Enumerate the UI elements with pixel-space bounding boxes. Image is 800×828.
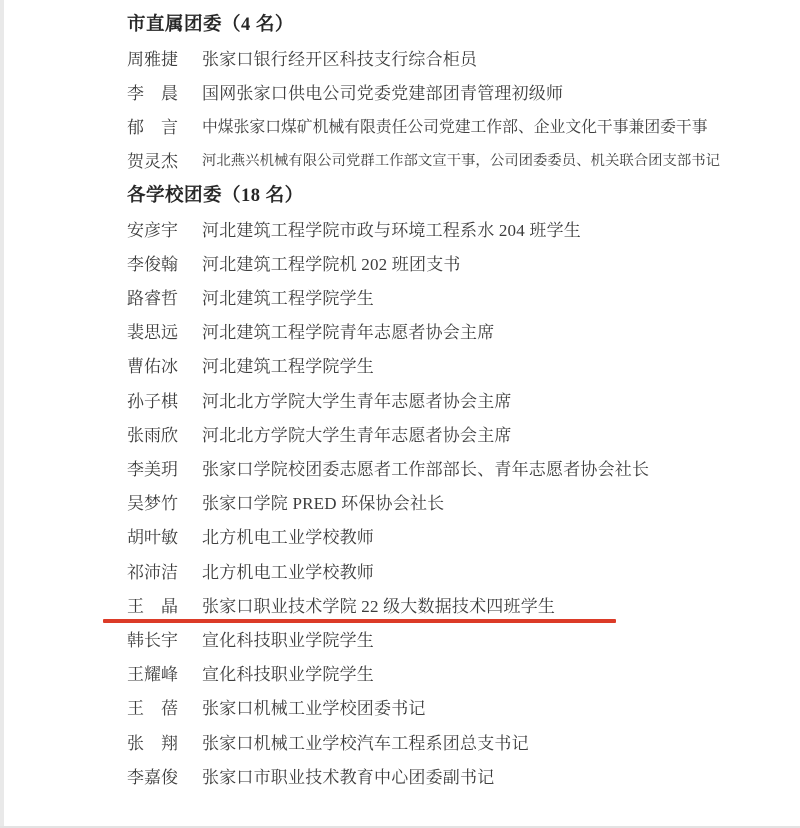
entry-name: 王耀峰 — [127, 660, 180, 685]
entry-role: 河北北方学院大学生青年志愿者协会主席 — [202, 387, 512, 412]
entry-role: 河北建筑工程学院青年志愿者协会主席 — [202, 318, 494, 343]
entry-role: 河北燕兴机械有限公司党群工作部文宣干事，公司团委委员、机关联合团支部书记 — [202, 149, 720, 170]
entry-name: 李嘉俊 — [127, 763, 180, 788]
entry-row: 张 翔 张家口机械工业学校汽车工程系团总支书记 — [127, 724, 800, 758]
entry-row: 祁沛洁 北方机电工业学校教师 — [127, 553, 800, 587]
entry-name: 安彦宇 — [127, 216, 180, 241]
entry-name: 贺灵杰 — [127, 147, 180, 172]
entry-name: 曹佑冰 — [127, 352, 180, 377]
entry-name: 祁沛洁 — [127, 558, 180, 583]
entry-role: 北方机电工业学校教师 — [202, 523, 374, 548]
document-body: 市直属团委（4 名） 周雅捷 张家口银行经开区科技支行综合柜员 李 晨 国网张家… — [127, 6, 800, 792]
entry-row: 吴梦竹 张家口学院 PRED 环保协会社长 — [127, 485, 800, 519]
entry-row: 贺灵杰 河北燕兴机械有限公司党群工作部文宣干事，公司团委委员、机关联合团支部书记 — [127, 143, 800, 177]
entry-name: 路睿哲 — [127, 284, 180, 309]
entry-role: 张家口职业技术学院 22 级大数据技术四班学生 — [202, 592, 555, 617]
entry-role: 张家口市职业技术教育中心团委副书记 — [202, 763, 494, 788]
entry-role: 河北建筑工程学院学生 — [202, 284, 374, 309]
entry-name: 王 晶 — [127, 592, 180, 617]
entry-role: 河北北方学院大学生青年志愿者协会主席 — [202, 421, 512, 446]
entry-name: 韩长宇 — [127, 626, 180, 651]
entry-row: 张雨欣 河北北方学院大学生青年志愿者协会主席 — [127, 416, 800, 450]
entry-row: 韩长宇 宣化科技职业学院学生 — [127, 621, 800, 655]
entry-row: 胡叶敏 北方机电工业学校教师 — [127, 519, 800, 553]
entry-name: 周雅捷 — [127, 45, 180, 70]
entry-row: 孙子棋 河北北方学院大学生青年志愿者协会主席 — [127, 382, 800, 416]
entry-name: 王 蓓 — [127, 694, 180, 719]
entry-name: 吴梦竹 — [127, 489, 180, 514]
entry-name: 李俊翰 — [127, 250, 180, 275]
entry-row: 李嘉俊 张家口市职业技术教育中心团委副书记 — [127, 758, 800, 792]
section-header: 市直属团委（4 名） — [127, 6, 800, 40]
entry-row: 王耀峰 宣化科技职业学院学生 — [127, 656, 800, 690]
entry-row: 李俊翰 河北建筑工程学院机 202 班团支书 — [127, 245, 800, 279]
entry-role: 宣化科技职业学院学生 — [202, 660, 374, 685]
entry-role: 国网张家口供电公司党委党建部团青管理初级师 — [202, 79, 563, 104]
entry-row: 郁 言 中煤张家口煤矿机械有限责任公司党建工作部、企业文化干事兼团委干事 — [127, 109, 800, 143]
entry-role: 张家口学院 PRED 环保协会社长 — [202, 489, 444, 514]
entry-row: 王 晶 张家口职业技术学院 22 级大数据技术四班学生 — [127, 587, 800, 621]
entry-name: 胡叶敏 — [127, 523, 180, 548]
entry-role: 河北建筑工程学院机 202 班团支书 — [202, 250, 461, 275]
entry-name: 李 晨 — [127, 79, 180, 104]
entry-row: 路睿哲 河北建筑工程学院学生 — [127, 280, 800, 314]
entry-row: 李 晨 国网张家口供电公司党委党建部团青管理初级师 — [127, 74, 800, 108]
entry-role: 张家口机械工业学校团委书记 — [202, 694, 426, 719]
entry-name: 郁 言 — [127, 113, 180, 138]
entry-name: 张雨欣 — [127, 421, 180, 446]
entry-role: 河北建筑工程学院市政与环境工程系水 204 班学生 — [202, 216, 581, 241]
entry-role: 宣化科技职业学院学生 — [202, 626, 374, 651]
entry-name: 李美玥 — [127, 455, 180, 480]
entry-role: 张家口银行经开区科技支行综合柜员 — [202, 45, 477, 70]
page-left-edge — [0, 0, 4, 828]
entry-role: 北方机电工业学校教师 — [202, 558, 374, 583]
entry-row: 王 蓓 张家口机械工业学校团委书记 — [127, 690, 800, 724]
entry-name: 孙子棋 — [127, 387, 180, 412]
entry-role: 中煤张家口煤矿机械有限责任公司党建工作部、企业文化干事兼团委干事 — [202, 114, 708, 137]
entry-row: 李美玥 张家口学院校团委志愿者工作部部长、青年志愿者协会社长 — [127, 450, 800, 484]
entry-row: 曹佑冰 河北建筑工程学院学生 — [127, 348, 800, 382]
entry-role: 河北建筑工程学院学生 — [202, 352, 374, 377]
entry-row: 裴思远 河北建筑工程学院青年志愿者协会主席 — [127, 314, 800, 348]
entry-name: 张 翔 — [127, 729, 180, 754]
entry-row: 安彦宇 河北建筑工程学院市政与环境工程系水 204 班学生 — [127, 211, 800, 245]
entry-role: 张家口机械工业学校汽车工程系团总支书记 — [202, 729, 529, 754]
section-header: 各学校团委（18 名） — [127, 177, 800, 211]
entry-row: 周雅捷 张家口银行经开区科技支行综合柜员 — [127, 40, 800, 74]
entry-role: 张家口学院校团委志愿者工作部部长、青年志愿者协会社长 — [202, 455, 649, 480]
entry-name: 裴思远 — [127, 318, 180, 343]
